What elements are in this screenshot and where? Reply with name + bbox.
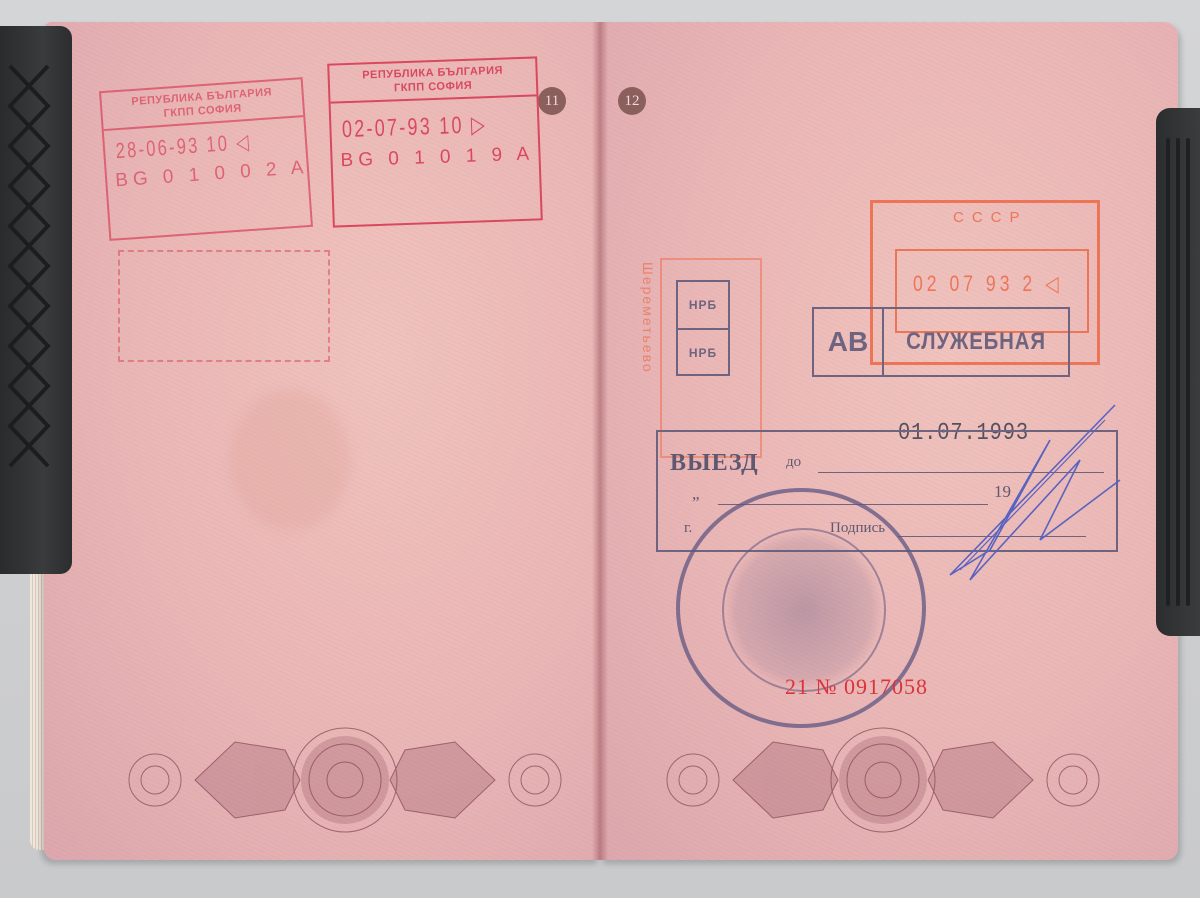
nrb-stamp: НРБ НРБ bbox=[676, 280, 730, 376]
nrb-top: НРБ bbox=[678, 282, 728, 330]
coat-of-arms-icon bbox=[722, 528, 886, 692]
stamp-date: 02-07-93 10 bbox=[342, 112, 465, 143]
sheremetyevo-stamp: Шереметьево bbox=[640, 262, 656, 374]
signature bbox=[930, 400, 1130, 590]
nrb-bottom: НРБ bbox=[678, 330, 728, 376]
triangle-right-icon: ▷ bbox=[471, 111, 488, 139]
faded-stamp-outline bbox=[118, 250, 330, 362]
exit-quote: „ bbox=[692, 484, 700, 504]
exit-city-label: г. bbox=[684, 520, 692, 537]
bulgaria-exit-stamp: РЕПУБЛИКА БЪЛГАРИЯ ГКПП СОФИЯ 02-07-93 1… bbox=[327, 56, 543, 227]
passport-serial-number: 21 № 0917058 bbox=[785, 674, 928, 700]
bulgaria-entry-stamp: РЕПУБЛИКА БЪЛГАРИЯ ГКПП СОФИЯ 28-06-93 1… bbox=[99, 77, 313, 241]
stamp-code: BG 0 1 0 1 9 A bbox=[332, 137, 539, 178]
stain bbox=[230, 390, 350, 530]
guilloche-ornament-right bbox=[663, 722, 1103, 837]
book-gutter bbox=[592, 22, 608, 860]
page-number-right: 12 bbox=[618, 87, 646, 115]
ussr-date: 02 07 93 2 bbox=[913, 271, 1036, 296]
category-label: СЛУЖЕБНАЯ bbox=[898, 328, 1054, 356]
triangle-left-icon: ◁ bbox=[235, 129, 252, 155]
page-number-left: 11 bbox=[538, 87, 566, 115]
category-code: АВ bbox=[814, 309, 884, 375]
lattice-pattern-icon bbox=[0, 26, 72, 574]
left-page-clip bbox=[0, 26, 72, 574]
exit-title: ВЫЕЗД bbox=[670, 450, 759, 477]
exit-until-label: до bbox=[786, 454, 801, 471]
category-stamp: АВ СЛУЖЕБНАЯ bbox=[812, 307, 1070, 377]
guilloche-ornament-left bbox=[125, 722, 565, 837]
triangle-left-icon: ◁ bbox=[1045, 271, 1063, 296]
ussr-country: СССР bbox=[953, 209, 1028, 226]
right-page-clip bbox=[1156, 108, 1200, 636]
